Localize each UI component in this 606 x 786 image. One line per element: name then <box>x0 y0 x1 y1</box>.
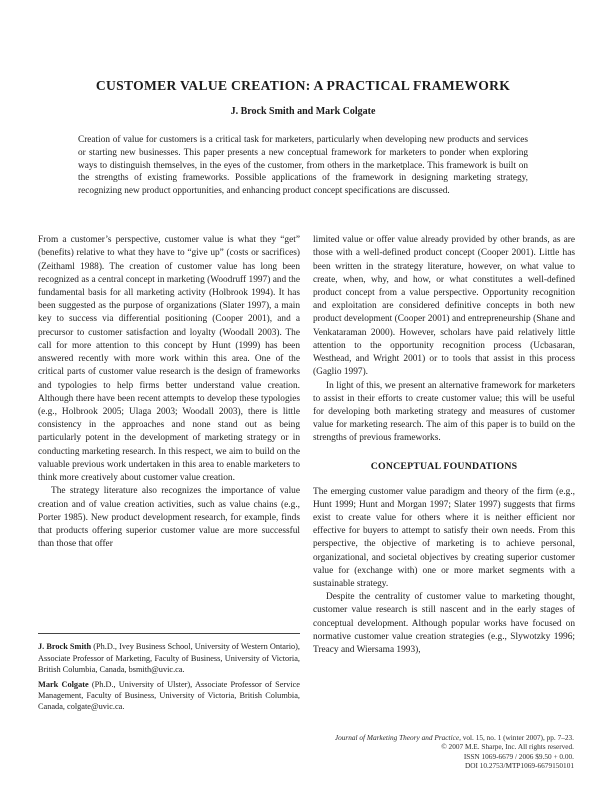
citation-copyright: © 2007 M.E. Sharpe, Inc. All rights rese… <box>335 742 574 752</box>
body-paragraph: In light of this, we present an alternat… <box>313 380 575 446</box>
body-columns: From a customer’s perspective, customer … <box>38 234 575 716</box>
body-paragraph: The emerging customer value paradigm and… <box>313 486 575 592</box>
citation-line-1: Journal of Marketing Theory and Practice… <box>335 733 574 743</box>
right-column: limited value or offer value already pro… <box>313 234 575 716</box>
author-footnotes: J. Brock Smith (Ph.D., Ivey Business Sch… <box>38 633 300 716</box>
footnote-author-1-name: J. Brock Smith <box>38 642 91 651</box>
footnote-author-2: Mark Colgate (Ph.D., University of Ulste… <box>38 679 300 712</box>
body-paragraph: The strategy literature also recognizes … <box>38 485 300 551</box>
abstract-text: Creation of value for customers is a cri… <box>78 134 528 198</box>
citation-volume-info: vol. 15, no. 1 (winter 2007), pp. 7–23. <box>461 733 574 742</box>
footnote-divider <box>38 633 300 634</box>
citation-doi: DOI 10.2753/MTP1069-6679150101 <box>335 761 574 771</box>
footnote-author-2-name: Mark Colgate <box>38 680 89 689</box>
footnote-author-1: J. Brock Smith (Ph.D., Ivey Business Sch… <box>38 641 300 674</box>
journal-article-page: CUSTOMER VALUE CREATION: A PRACTICAL FRA… <box>0 0 606 786</box>
citation-issn: ISSN 1069-6679 / 2006 $9.50 + 0.00. <box>335 752 574 762</box>
citation-journal-name: Journal of Marketing Theory and Practice… <box>335 733 461 742</box>
left-column: From a customer’s perspective, customer … <box>38 234 300 716</box>
body-paragraph: limited value or offer value already pro… <box>313 234 575 379</box>
article-title: CUSTOMER VALUE CREATION: A PRACTICAL FRA… <box>0 0 606 94</box>
body-paragraph: From a customer’s perspective, customer … <box>38 234 300 485</box>
journal-citation: Journal of Marketing Theory and Practice… <box>335 733 574 772</box>
section-heading: CONCEPTUAL FOUNDATIONS <box>313 460 575 474</box>
body-paragraph: Despite the centrality of customer value… <box>313 591 575 657</box>
article-authors: J. Brock Smith and Mark Colgate <box>0 106 606 117</box>
